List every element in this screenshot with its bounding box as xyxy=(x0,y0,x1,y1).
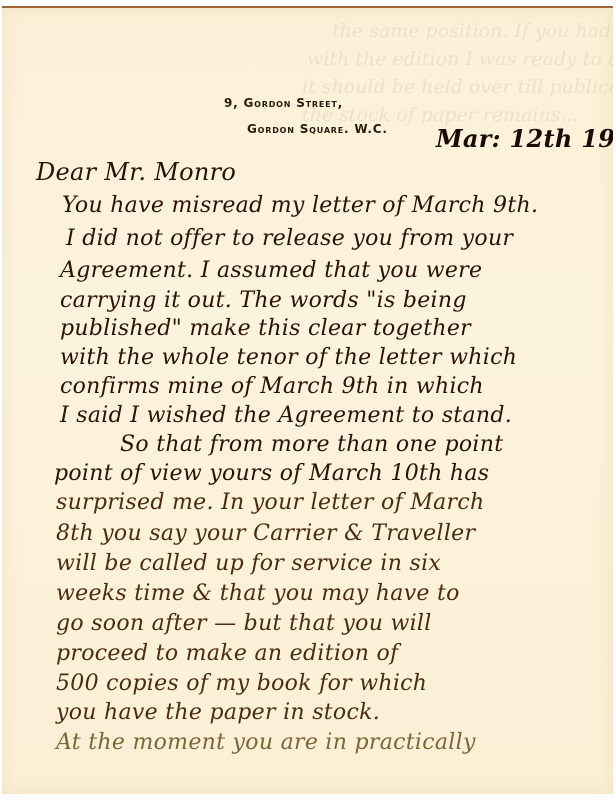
body-line: will be called up for service in six xyxy=(56,551,441,576)
body-line: Agreement. I assumed that you were xyxy=(60,258,482,283)
body-line: proceed to make an edition of xyxy=(56,641,398,666)
body-line: I said I wished the Agreement to stand. xyxy=(60,403,512,428)
body-line: published" make this clear together xyxy=(60,316,471,341)
body-line: confirms mine of March 9th in which xyxy=(60,374,484,399)
body-line: you have the paper in stock. xyxy=(56,700,380,725)
letter-page: the same position. If you had gone forth… xyxy=(2,6,613,794)
letterhead-square: Gordon Square. W.C. xyxy=(247,122,388,136)
body-line: weeks time & that you may have to xyxy=(56,581,460,606)
body-line: carrying it out. The words "is being xyxy=(60,288,467,313)
bleed-through-line: it should be held over till publication,… xyxy=(302,76,613,98)
body-line: go soon after — but that you will xyxy=(56,611,432,636)
body-line: 8th you say your Carrier & Traveller xyxy=(56,521,475,546)
body-line: You have misread my letter of March 9th. xyxy=(62,193,538,218)
body-line: point of view yours of March 10th has xyxy=(54,461,489,486)
body-line: 500 copies of my book for which xyxy=(56,671,427,696)
body-line: with the whole tenor of the letter which xyxy=(60,345,517,370)
bleed-through-line: with the edition I was ready to agree th… xyxy=(307,48,613,70)
salutation: Dear Mr. Monro xyxy=(36,158,236,186)
letterhead-street: 9, Gordon Street, xyxy=(224,96,343,110)
body-line: surprised me. In your letter of March xyxy=(56,490,484,515)
bleed-through-line: the same position. If you had gone forth xyxy=(332,20,613,42)
body-line: At the moment you are in practically xyxy=(56,730,476,755)
letter-date: Mar: 12th 1916 xyxy=(436,124,613,153)
body-line: I did not offer to release you from your xyxy=(66,226,513,251)
body-line: So that from more than one point xyxy=(120,432,503,457)
